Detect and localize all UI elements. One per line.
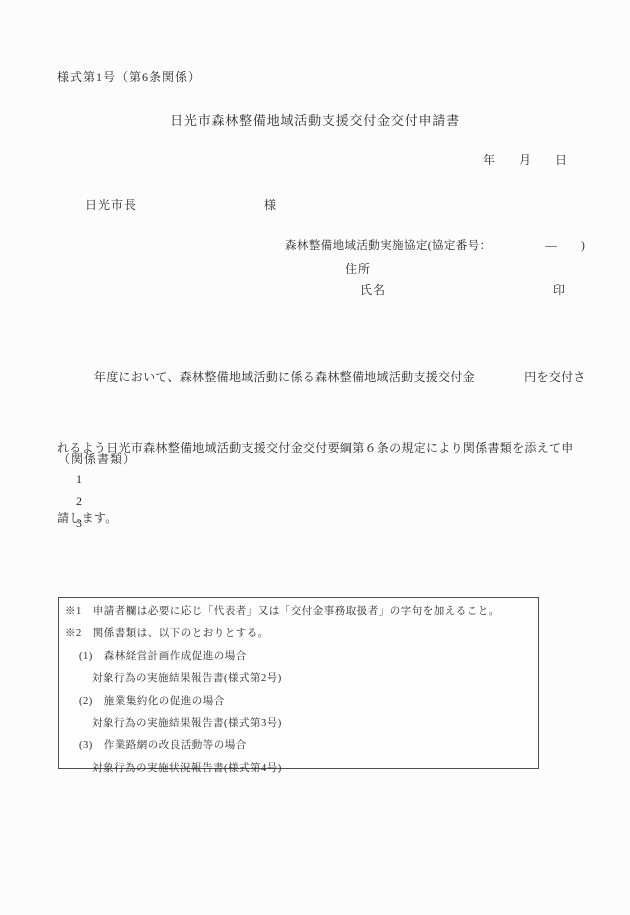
- note-line: (2) 施業集約化の促進の場合: [59, 691, 538, 713]
- page-title: 日光市森林整備地域活動支援交付金交付申請書: [0, 110, 630, 129]
- note-line: ※2 関係書類は、以下のとおりとする。: [59, 623, 538, 645]
- addressee-name: 日光市長: [85, 196, 137, 213]
- body-line: 年度において、森林整備地域活動に係る森林整備地域活動支援交付金 円を交付さ: [57, 366, 582, 390]
- addressee-honorific: 様: [264, 196, 276, 213]
- related-documents-label: （関係書類）: [58, 450, 136, 467]
- seal-label: 印: [553, 281, 565, 298]
- addressee-row: 日光市長 様: [0, 196, 630, 212]
- body-line: 請します。: [57, 507, 582, 531]
- agreement-number-line: 森林整備地域活動実施協定(協定番号： — ): [285, 237, 585, 253]
- note-line: ※1 申請者欄は必要に応じ「代表者」又は「交付金事務取扱者」の字句を加えること。: [59, 601, 538, 623]
- note-line: (3) 作業路網の改良活動等の場合: [59, 735, 538, 757]
- note-line: (1) 森林経営計画作成促進の場合: [59, 646, 538, 668]
- note-line: 対象行為の実施状況報告書(様式第4号): [59, 758, 538, 780]
- note-line: 対象行為の実施結果報告書(様式第2号): [59, 668, 538, 690]
- address-label: 住所: [345, 260, 371, 277]
- related-doc-number-2: 2: [76, 494, 82, 509]
- application-body-paragraph: 年度において、森林整備地域活動に係る森林整備地域活動支援交付金 円を交付さ れる…: [57, 319, 582, 578]
- form-number: 様式第1号（第6条関係）: [57, 68, 201, 85]
- name-row: 氏名 印: [0, 281, 630, 297]
- related-doc-number-3: 3: [76, 516, 82, 531]
- related-doc-number-1: 1: [76, 472, 82, 487]
- application-form-page: 様式第1号（第6条関係） 日光市森林整備地域活動支援交付金交付申請書 年 月 日…: [0, 0, 630, 915]
- note-line: 対象行為の実施結果報告書(様式第3号): [59, 713, 538, 735]
- notes-box: ※1 申請者欄は必要に応じ「代表者」又は「交付金事務取扱者」の字句を加えること。…: [58, 597, 539, 769]
- name-label: 氏名: [360, 281, 386, 298]
- date-line: 年 月 日: [483, 151, 567, 168]
